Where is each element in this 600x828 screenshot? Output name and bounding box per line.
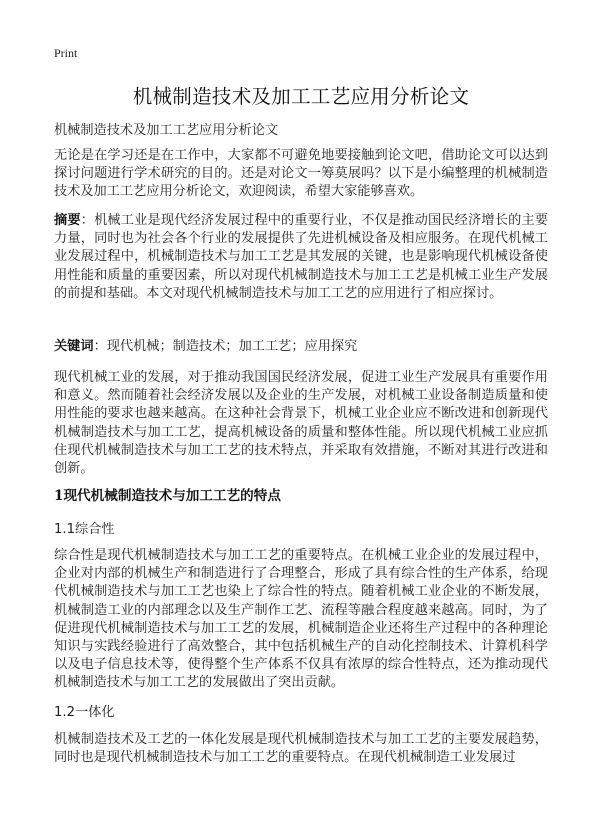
keywords-text: 现代机械；制造技术；加工工艺；应用探究 — [107, 339, 358, 354]
section-heading: 1现代机械制造技术与加工工艺的特点 — [54, 484, 281, 504]
abstract-label: 摘要 — [54, 213, 81, 228]
abstract-separator: ： — [81, 213, 94, 228]
abstract-text: 机械工业是现代经济发展过程中的重要行业，不仅是推动国民经济增长的主要力量，同时也… — [54, 213, 548, 301]
abstract-paragraph: 摘要：机械工业是现代经济发展过程中的重要行业，不仅是推动国民经济增长的主要力量，… — [54, 212, 548, 303]
document-subtitle: 机械制造技术及加工工艺应用分析论文 — [54, 119, 278, 138]
keywords-label: 关键词 — [54, 339, 94, 354]
keywords-paragraph: 关键词：现代机械；制造技术；加工工艺；应用探究 — [54, 338, 548, 356]
intro-paragraph: 无论是在学习还是在工作中，大家都不可避免地要接触到论文吧，借助论文可以达到探讨问… — [54, 147, 548, 202]
page-title: 机械制造技术及加工工艺应用分析论文 — [54, 81, 548, 109]
body-paragraph: 综合性是现代机械制造技术与加工工艺的重要特点。在机械工业企业的发展过程中，企业对… — [54, 547, 548, 693]
body-paragraph: 现代机械工业的发展，对于推动我国国民经济发展，促进工业生产发展具有重要作用和意义… — [54, 369, 548, 478]
print-label[interactable]: Print — [54, 46, 77, 61]
keywords-separator: ： — [94, 339, 107, 354]
subsection-heading: 1.1综合性 — [54, 518, 115, 537]
subsection-heading: 1.2一体化 — [54, 701, 115, 720]
body-paragraph: 机械制造技术及工艺的一体化发展是现代机械制造技术与加工工艺的主要发展趋势，同时也… — [54, 731, 548, 767]
